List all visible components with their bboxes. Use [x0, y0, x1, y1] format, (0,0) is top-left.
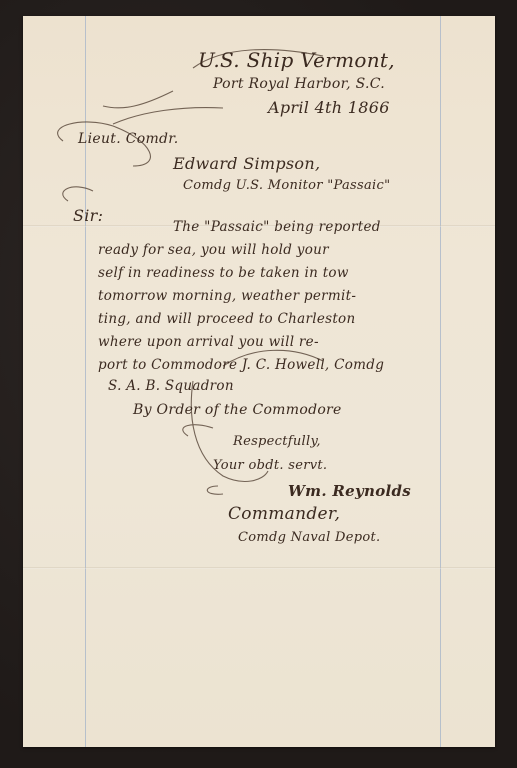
- body-line-2: ready for sea, you will hold your: [98, 242, 329, 258]
- signature-position: Comdg Naval Depot.: [238, 530, 380, 545]
- heading-date: April 4th 1866: [268, 98, 390, 117]
- closing-servant: Your obdt. servt.: [213, 458, 327, 473]
- body-line-4: tomorrow morning, weather permit-: [98, 288, 356, 304]
- body-line-7: port to Commodore J. C. Howell, Comdg: [98, 357, 384, 373]
- closing-respectfully: Respectfully,: [233, 434, 321, 449]
- signature-title: Commander,: [228, 504, 340, 524]
- addressee-name: Edward Simpson,: [173, 154, 320, 173]
- right-margin-rule: [440, 16, 441, 747]
- addressee-rank: Lieut. Comdr.: [78, 131, 179, 147]
- heading-place: Port Royal Harbor, S.C.: [213, 76, 385, 92]
- left-margin-rule: [85, 16, 86, 747]
- order-line: By Order of the Commodore: [133, 402, 342, 418]
- body-line-5: ting, and will proceed to Charleston: [98, 311, 355, 327]
- body-line-8: S. A. B. Squadron: [108, 378, 234, 394]
- signature: Wm. Reynolds: [288, 482, 411, 500]
- addressee-command: Comdg U.S. Monitor "Passaic": [183, 178, 390, 193]
- body-line-3: self in readiness to be taken in tow: [98, 265, 349, 281]
- salutation: Sir:: [73, 206, 103, 225]
- pen-flourishes-icon: [23, 16, 495, 747]
- letter-page: U.S. Ship Vermont, Port Royal Harbor, S.…: [23, 16, 495, 747]
- body-line-1: The "Passaic" being reported: [173, 219, 381, 235]
- body-line-6: where upon arrival you will re-: [98, 334, 319, 350]
- heading-ship-name: U.S. Ship Vermont,: [198, 48, 395, 72]
- fold-crease-lower: [23, 567, 495, 569]
